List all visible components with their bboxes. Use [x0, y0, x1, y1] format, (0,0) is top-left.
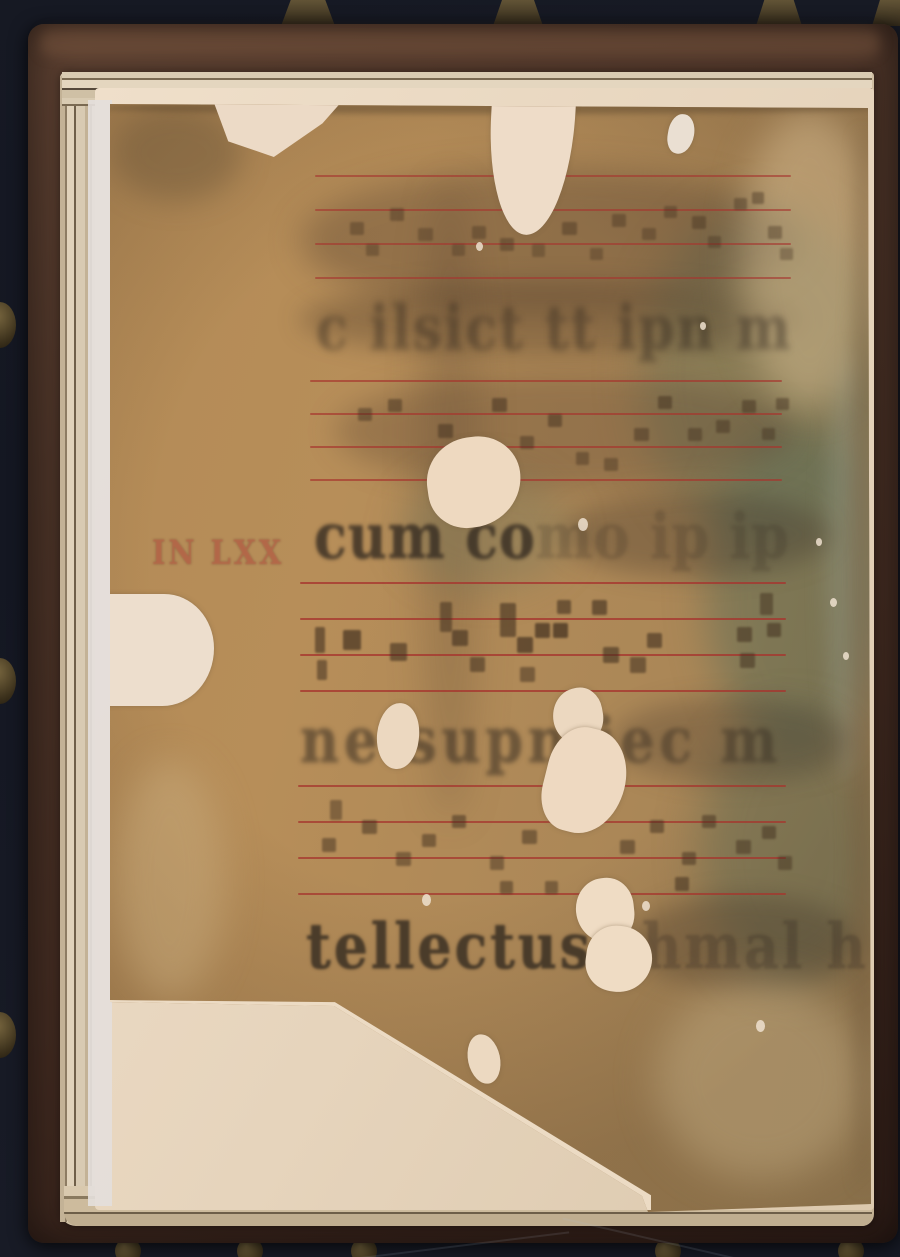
neume — [492, 398, 507, 412]
white-speck — [422, 894, 431, 906]
neume — [776, 398, 789, 410]
neume — [343, 630, 361, 650]
neume — [418, 228, 433, 241]
white-speck — [578, 518, 588, 531]
staff-line — [300, 618, 786, 620]
neume — [330, 800, 342, 820]
neume — [737, 627, 752, 642]
neume — [740, 653, 755, 668]
neume — [522, 830, 537, 844]
neume — [452, 815, 466, 828]
staff-line — [300, 582, 786, 584]
neume — [634, 428, 649, 441]
neume — [630, 657, 646, 673]
neume — [438, 424, 453, 438]
neume — [500, 881, 513, 894]
parchment-hole — [463, 1031, 505, 1087]
neume — [692, 216, 706, 229]
neume — [440, 602, 452, 632]
neume — [388, 399, 402, 412]
neume — [658, 396, 672, 409]
staff-line — [300, 654, 786, 656]
neume — [390, 643, 407, 661]
neume — [396, 852, 411, 866]
neume — [562, 222, 577, 235]
neume — [500, 238, 514, 251]
staff-line — [315, 277, 791, 279]
neume — [708, 236, 721, 248]
neume — [702, 815, 716, 828]
neume — [767, 623, 781, 637]
staff-line — [310, 380, 782, 382]
text-segment: mo ip ip — [536, 500, 790, 574]
staff-line — [300, 690, 786, 692]
boss-knob — [0, 658, 16, 704]
neume — [548, 414, 562, 427]
boss-knob — [756, 0, 802, 26]
staff-line — [310, 479, 782, 481]
staff-line — [310, 446, 782, 448]
neume — [362, 820, 377, 834]
neume — [675, 877, 689, 891]
neume — [590, 248, 603, 260]
white-speck — [816, 538, 822, 546]
white-speck — [700, 322, 706, 330]
boss-knob — [0, 302, 16, 348]
neume — [532, 244, 545, 257]
neume — [500, 603, 516, 637]
neume — [390, 208, 404, 221]
manuscript-text-line: cum como ip ip — [314, 500, 790, 574]
staff-line — [298, 857, 786, 859]
neume — [366, 244, 379, 256]
neume — [422, 834, 436, 847]
cover-highlight — [40, 30, 880, 56]
neume — [520, 436, 534, 449]
manuscript-text-line: c ilsict tt ipn m — [316, 292, 793, 364]
neume — [592, 600, 607, 615]
white-speck — [476, 242, 483, 251]
neume — [553, 623, 568, 638]
neume — [664, 206, 677, 218]
neume — [350, 222, 364, 235]
staff-line — [298, 893, 786, 895]
neume — [647, 633, 662, 648]
neume — [688, 428, 702, 441]
neume — [752, 192, 764, 204]
neume — [642, 228, 656, 240]
neume — [322, 838, 336, 852]
neume — [520, 667, 535, 682]
neume — [742, 400, 756, 413]
neume — [736, 840, 751, 854]
neume — [452, 630, 468, 646]
neume — [315, 627, 325, 653]
neume — [604, 458, 618, 471]
white-speck — [830, 598, 837, 607]
manuscript-text-line: ne supn iec m — [300, 704, 782, 778]
stain — [656, 980, 866, 1180]
manuscript-photograph: c ilsict tt ipn mcum como ip ipne supn i… — [0, 0, 900, 1257]
neume — [760, 593, 773, 615]
neume — [576, 452, 589, 465]
neume — [778, 856, 792, 870]
boss-knob — [493, 0, 543, 26]
neume — [472, 226, 486, 239]
rubric-text: IN LXX — [152, 534, 284, 573]
stain — [115, 760, 225, 1000]
white-speck — [843, 652, 849, 660]
neume — [358, 408, 372, 421]
neume — [517, 637, 533, 653]
neume — [762, 428, 775, 440]
parchment-hole — [665, 112, 698, 156]
staff-line — [310, 413, 782, 415]
neume — [780, 248, 793, 260]
neume — [734, 198, 747, 210]
boss-knob — [281, 0, 335, 26]
neume — [545, 881, 558, 894]
neume — [762, 826, 776, 839]
white-speck — [756, 1020, 765, 1032]
neume — [682, 852, 696, 865]
text-segment: c ilsict tt ipn m — [316, 292, 793, 364]
neume — [612, 214, 626, 227]
neume — [490, 856, 504, 870]
neume — [317, 660, 327, 680]
neume — [557, 600, 571, 614]
parchment-hole — [104, 594, 214, 706]
neume — [620, 840, 635, 854]
boss-knob — [0, 1012, 16, 1058]
text-segment: tellectus — [306, 910, 593, 984]
neume — [768, 226, 782, 239]
neume — [650, 820, 664, 833]
boss-knob — [872, 0, 900, 26]
repair-guard-strip — [88, 100, 112, 1206]
neume — [716, 420, 730, 433]
neume — [452, 244, 465, 256]
neume — [470, 657, 485, 672]
neume — [535, 623, 550, 638]
neume — [603, 647, 619, 663]
